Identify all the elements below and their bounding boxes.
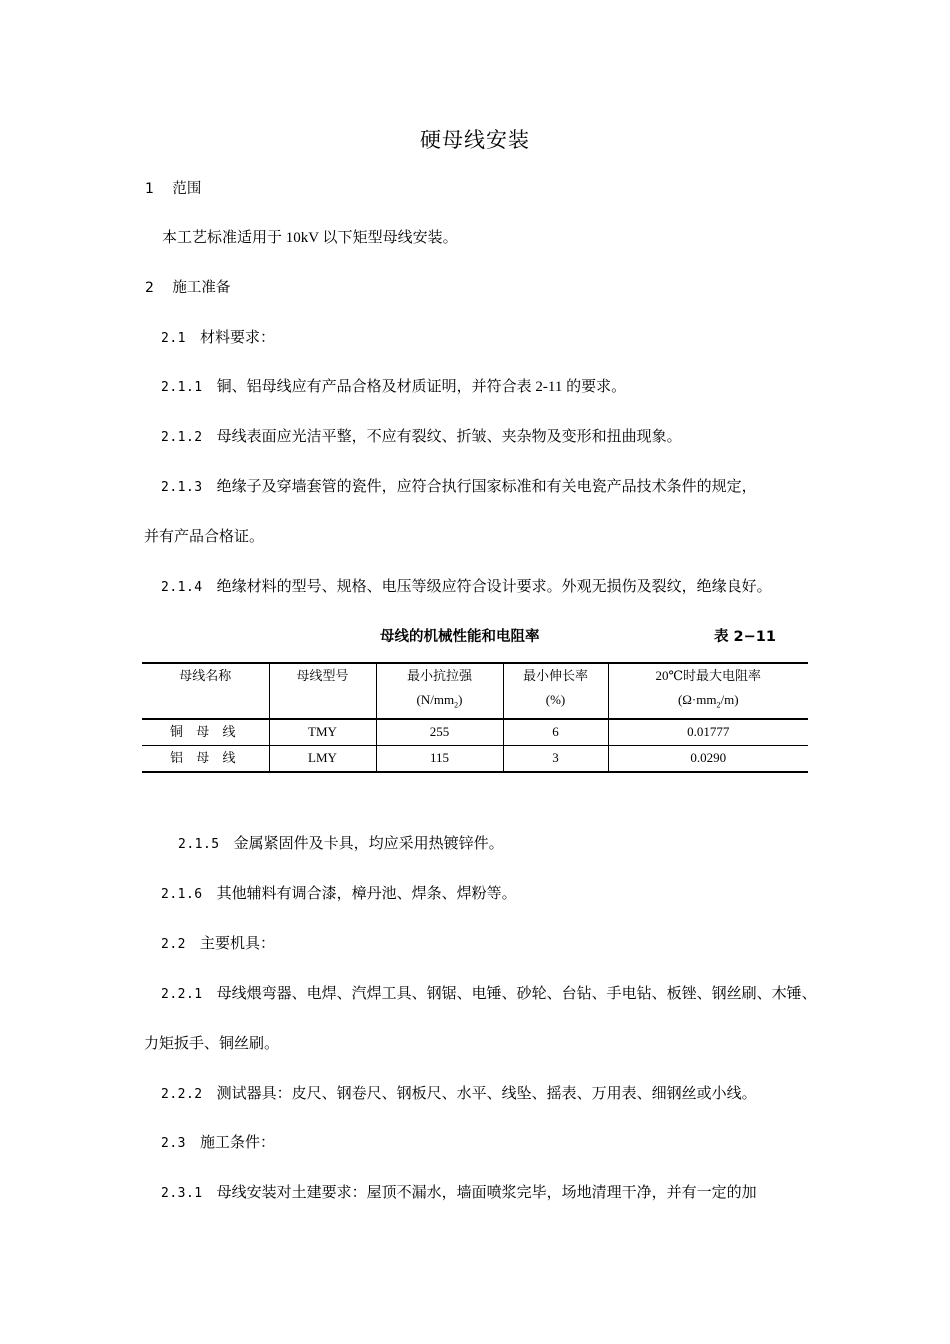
section-title: 范围 — [172, 181, 201, 197]
clause-2-2-1-continuation: 力矩扳手、铜丝刷。 — [144, 1034, 279, 1054]
clause-2-1-6: 2.1.6其他辅料有调合漆，樟丹池、焊条、焊粉等。 — [161, 884, 517, 905]
header-busbar-name: 母线名称 — [142, 663, 269, 719]
section-1-body: 本工艺标准适用于 10kV 以下矩型母线安装。 — [162, 228, 458, 248]
clause-text: 绝缘子及穿墙套管的瓷件，应符合执行国家标准和有关电瓷产品技术条件的规定， — [217, 479, 757, 495]
clause-number: 2.2.1 — [161, 985, 203, 1005]
clause-number: 2.1.2 — [161, 428, 203, 448]
cell-model: TMY — [269, 719, 376, 746]
document-page: 硬母线安装 1范围 本工艺标准适用于 10kV 以下矩型母线安装。 2施工准备 … — [0, 0, 950, 1344]
clause-number: 2.3.1 — [161, 1184, 203, 1204]
header-unit: (N/mm2) — [377, 688, 503, 718]
section-title: 施工准备 — [172, 280, 230, 296]
clause-2-2-2: 2.2.2测试器具：皮尺、钢卷尺、钢板尺、水平、线坠、摇表、万用表、细钢丝或小线… — [161, 1084, 757, 1105]
cell-name: 铜 母 线 — [142, 719, 269, 746]
clause-text: 母线安装对土建要求：屋顶不漏水，墙面喷浆完毕，场地清理干净，并有一定的加 — [217, 1185, 757, 1201]
busbar-properties-table: 母线名称 母线型号 最小抗拉强 (N/mm2) 最小伸长率 (%) 20℃时最大… — [142, 662, 808, 773]
clause-number: 2.3 — [161, 1134, 186, 1154]
clause-2-1: 2.1材料要求： — [161, 328, 275, 349]
cell-resistivity: 0.0290 — [608, 745, 808, 772]
clause-2-2-1: 2.2.1母线煨弯器、电焊、汽焊工具、钢锯、电锤、砂轮、台钻、手电钻、板锉、钢丝… — [161, 984, 817, 1005]
clause-text: 其他辅料有调合漆，樟丹池、焊条、焊粉等。 — [217, 886, 517, 902]
clause-number: 2.2 — [161, 935, 186, 955]
clause-2-2: 2.2主要机具： — [161, 934, 275, 955]
document-title: 硬母线安装 — [0, 124, 950, 154]
header-busbar-model: 母线型号 — [269, 663, 376, 719]
table-header-row: 母线名称 母线型号 最小抗拉强 (N/mm2) 最小伸长率 (%) 20℃时最大… — [142, 663, 808, 719]
clause-2-1-1: 2.1.1铜、铝母线应有产品合格及材质证明，并符合表 2-11 的要求。 — [161, 377, 626, 398]
clause-number: 2.2.2 — [161, 1085, 203, 1105]
clause-text: 铜、铝母线应有产品合格及材质证明，并符合表 2-11 的要求。 — [217, 379, 626, 395]
cell-model: LMY — [269, 745, 376, 772]
clause-2-1-3: 2.1.3绝缘子及穿墙套管的瓷件，应符合执行国家标准和有关电瓷产品技术条件的规定… — [161, 477, 757, 498]
table-row: 铜 母 线 TMY 255 6 0.01777 — [142, 719, 808, 746]
header-min-tensile-strength: 最小抗拉强 (N/mm2) — [376, 663, 503, 719]
clause-number: 2.1.3 — [161, 478, 203, 498]
clause-number: 2.1.1 — [161, 378, 203, 398]
clause-2-3: 2.3施工条件： — [161, 1133, 275, 1154]
clause-text: 母线煨弯器、电焊、汽焊工具、钢锯、电锤、砂轮、台钻、手电钻、板锉、钢丝刷、木锤、 — [217, 986, 817, 1002]
clause-text: 母线表面应光洁平整，不应有裂纹、折皱、夹杂物及变形和扭曲现象。 — [217, 429, 682, 445]
clause-number: 2.1.5 — [178, 835, 220, 855]
section-2-heading: 2施工准备 — [145, 278, 230, 298]
clause-number: 2.1.4 — [161, 578, 203, 598]
clause-text: 施工条件： — [200, 1135, 275, 1151]
clause-text: 主要机具： — [200, 936, 275, 952]
clause-text: 绝缘材料的型号、规格、电压等级应符合设计要求。外观无损伤及裂纹，绝缘良好。 — [217, 579, 772, 595]
cell-tensile: 115 — [376, 745, 503, 772]
header-max-resistivity: 20℃时最大电阻率 (Ω·mm2/m) — [608, 663, 808, 719]
cell-resistivity: 0.01777 — [608, 719, 808, 746]
cell-tensile: 255 — [376, 719, 503, 746]
header-unit: (%) — [504, 688, 608, 712]
table-label: 表 2−11 — [714, 625, 776, 646]
clause-number: 2.1 — [161, 329, 186, 349]
clause-2-1-4: 2.1.4绝缘材料的型号、规格、电压等级应符合设计要求。外观无损伤及裂纹，绝缘良… — [161, 577, 772, 598]
section-number: 2 — [145, 278, 154, 298]
clause-2-1-5: 2.1.5金属紧固件及卡具，均应采用热镀锌件。 — [178, 834, 504, 855]
clause-number: 2.1.6 — [161, 885, 203, 905]
clause-2-1-2: 2.1.2母线表面应光洁平整，不应有裂纹、折皱、夹杂物及变形和扭曲现象。 — [161, 427, 682, 448]
table-row: 铝 母 线 LMY 115 3 0.0290 — [142, 745, 808, 772]
section-number: 1 — [145, 179, 154, 199]
clause-text: 材料要求： — [200, 330, 275, 346]
clause-text: 金属紧固件及卡具，均应采用热镀锌件。 — [234, 836, 504, 852]
table-caption: 母线的机械性能和电阻率 — [380, 625, 540, 646]
section-1-heading: 1范围 — [145, 179, 201, 199]
header-unit: (Ω·mm2/m) — [609, 688, 809, 718]
clause-2-1-3-continuation: 并有产品合格证。 — [144, 527, 264, 547]
cell-elongation: 3 — [503, 745, 608, 772]
cell-elongation: 6 — [503, 719, 608, 746]
clause-2-3-1: 2.3.1母线安装对土建要求：屋顶不漏水，墙面喷浆完毕，场地清理干净，并有一定的… — [161, 1183, 757, 1204]
header-min-elongation: 最小伸长率 (%) — [503, 663, 608, 719]
clause-text: 测试器具：皮尺、钢卷尺、钢板尺、水平、线坠、摇表、万用表、细钢丝或小线。 — [217, 1086, 757, 1102]
cell-name: 铝 母 线 — [142, 745, 269, 772]
